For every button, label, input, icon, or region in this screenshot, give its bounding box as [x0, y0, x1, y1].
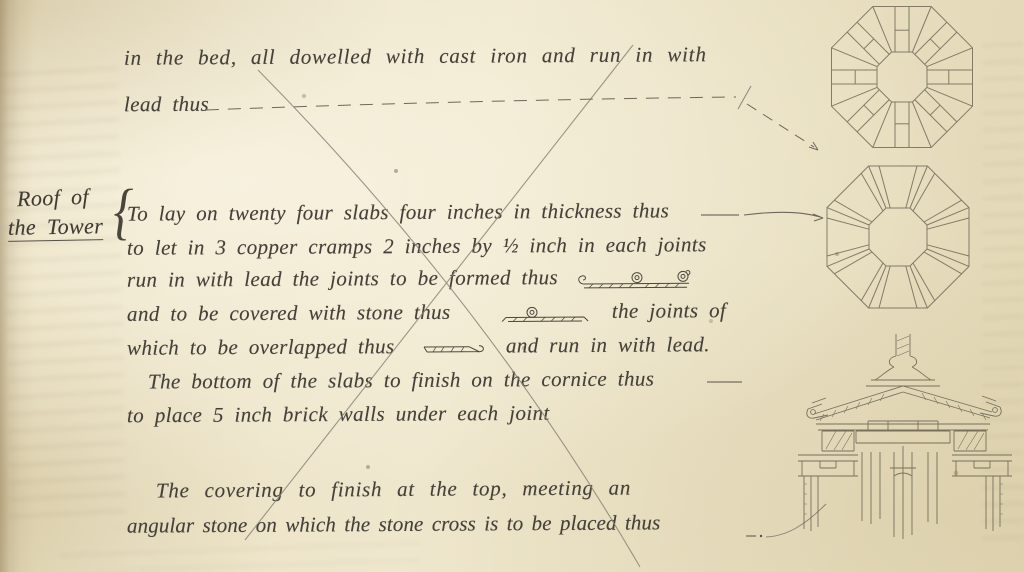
- handwritten-text: run in with lead the joints to be formed…: [127, 265, 558, 292]
- leader-arrowhead: [809, 142, 818, 150]
- handwritten-line-p2: to let in 3 copper cramps 2 inches by ½ …: [127, 232, 707, 261]
- leader-to-elevation: [746, 504, 826, 537]
- handwritten-line-p3: run in with lead the joints to be formed…: [127, 264, 693, 294]
- handwritten-line-p9: angular stone on which the stone cross i…: [127, 510, 660, 538]
- leader-to-plan-b: [701, 212, 823, 221]
- handwritten-line-p5: which to be overlapped thus and run in w…: [127, 332, 710, 361]
- stone-capping-joint-sketch: [501, 305, 589, 326]
- octagon-roof-plan-top: [832, 7, 973, 148]
- side-piers: [804, 476, 1000, 531]
- handwritten-line-p6: The bottom of the slabs to finish on the…: [148, 366, 655, 394]
- bleed-through-left: [2, 57, 126, 529]
- right-capital: [952, 455, 1012, 476]
- bleed-through-bottom: [60, 540, 420, 570]
- margin-note-line-1: Roof of: [17, 184, 90, 212]
- manuscript-page: in the bed, all dowelled with cast iron …: [0, 0, 1024, 572]
- handwritten-line-intro-2: lead thus: [124, 92, 209, 118]
- handwritten-text: and to be covered with stone thus: [127, 300, 451, 326]
- cross-shaft: [866, 334, 940, 386]
- central-mullion: [890, 446, 916, 539]
- margin-note-line-2: the Tower: [8, 213, 104, 241]
- octagon-roof-plan-24-slabs: [827, 166, 969, 308]
- leader-arrowhead: [813, 214, 823, 221]
- overlapped-joint-sketch: [421, 343, 487, 357]
- left-capital: [798, 455, 858, 476]
- lead-roll-joint-sketch: [575, 268, 693, 293]
- cornice-lines: [816, 424, 990, 430]
- handwritten-line-p1: To lay on twenty four slabs four inches …: [127, 198, 669, 226]
- handwritten-text: the joints of: [612, 298, 727, 323]
- margin-note-underlined-text: the Tower: [8, 213, 104, 242]
- handwritten-text: and run in with lead.: [506, 332, 710, 357]
- dashed-leader-line: [206, 86, 818, 150]
- handwritten-line-intro-1: in the bed, all dowelled with cast iron …: [124, 42, 707, 71]
- eave-scrolls: [807, 396, 1001, 418]
- handwritten-line-p4: and to be covered with stone thus the jo…: [127, 298, 726, 327]
- handwritten-line-p8: The covering to finish at the top, meeti…: [156, 476, 631, 504]
- roof-slopes: [814, 386, 992, 420]
- paper-specks: [0, 0, 2, 2]
- inner-shafts: [862, 452, 937, 524]
- angular-stone-blocks: [856, 421, 950, 443]
- bleed-through-right: [982, 30, 1024, 550]
- handwritten-line-p7: to place 5 inch brick walls under each j…: [127, 401, 550, 429]
- cornice-cross-elevation: [798, 334, 1012, 539]
- handwritten-text: which to be overlapped thus: [127, 334, 395, 360]
